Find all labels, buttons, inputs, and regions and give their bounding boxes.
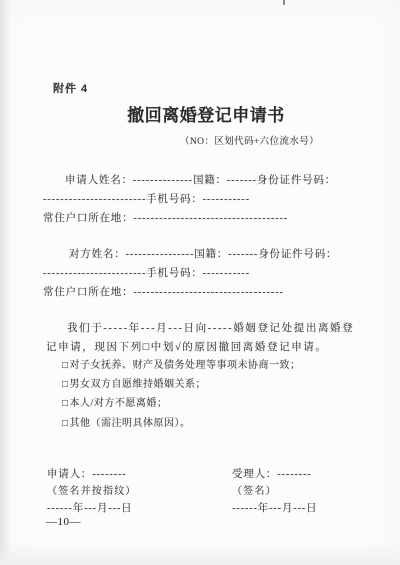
withdrawal-statement: 我们于-----年---月---日向-----婚姻登记处提出离婚登 记申请，现因… — [46, 320, 360, 357]
checkbox-icon: □ — [62, 398, 69, 409]
applicant-residence-line: 常住户口所在地：--------------------------------… — [43, 209, 363, 228]
reason-text: 对子女抚养、财产及债务处理等事项未协商一致； — [70, 360, 301, 371]
checkbox-icon: □ — [62, 379, 69, 390]
reason-item-maintain-marriage: □男女双方自愿维持婚姻关系； — [62, 375, 301, 394]
applicant-signature-column: 申请人：-------- （签名并按指纹） ------年---月---日 — [47, 466, 137, 517]
other-party-name-nationality-line: 对方姓名：----------------国籍：-------身份证件号码： — [43, 245, 363, 264]
acceptor-signature-note: （签名） — [232, 483, 317, 500]
reason-text: 男女双方自愿维持婚姻关系； — [70, 379, 207, 390]
reason-item-custody: □对子女抚养、财产及债务处理等事项未协商一致； — [62, 356, 301, 375]
attachment-label: 附件 4 — [53, 80, 88, 96]
applicant-name-nationality-line: 申请人姓名：--------------国籍：-------身份证件号码： — [43, 171, 363, 190]
checkbox-icon: □ — [62, 418, 69, 429]
applicant-signature-note: （签名并按指纹） — [47, 483, 137, 500]
reasons-list: □对子女抚养、财产及债务处理等事项未协商一致； □男女双方自愿维持婚姻关系； □… — [62, 356, 301, 433]
other-party-phone-line: ------------------------手机号码：----------- — [43, 264, 363, 283]
page-title: 撤回离婚登记申请书 — [6, 101, 400, 126]
checkbox-icon: □ — [62, 360, 69, 371]
reason-text: 其他（需注明具体原因）。 — [70, 418, 191, 429]
reason-text: 本人/对方不愿离婚； — [70, 398, 168, 409]
other-party-residence-line: 常住户口所在地：--------------------------------… — [43, 283, 363, 302]
page-number: —10— — [46, 516, 81, 528]
acceptor-signature-date: ------年---月---日 — [232, 500, 317, 517]
applicant-signature-label: 申请人：-------- — [47, 466, 137, 483]
scanned-form-page: 附件 4 撤回离婚登记申请书 （NO：区划代码+六位流水号） 申请人姓名：---… — [0, 0, 400, 565]
applicant-info-block: 申请人姓名：--------------国籍：-------身份证件号码： --… — [43, 171, 363, 228]
acceptor-signature-column: 受理人：-------- （签名） ------年---月---日 — [232, 466, 317, 517]
reason-item-unwilling-divorce: □本人/对方不愿离婚； — [62, 394, 301, 413]
applicant-signature-date: ------年---月---日 — [47, 500, 137, 517]
scan-artifact-speck — [283, 0, 285, 5]
applicant-phone-line: ------------------------手机号码：----------- — [43, 190, 363, 209]
statement-line-1: 我们于-----年---月---日向-----婚姻登记处提出离婚登 — [46, 320, 360, 339]
other-party-info-block: 对方姓名：----------------国籍：-------身份证件号码： -… — [43, 245, 363, 302]
acceptor-signature-label: 受理人：-------- — [232, 466, 317, 483]
statement-line-2: 记申请，现因下列□中划√的原因撤回离婚登记申请。 — [46, 339, 360, 358]
form-number-note: （NO：区划代码+六位流水号） — [180, 133, 319, 147]
reason-item-other: □其他（需注明具体原因）。 — [62, 414, 301, 433]
